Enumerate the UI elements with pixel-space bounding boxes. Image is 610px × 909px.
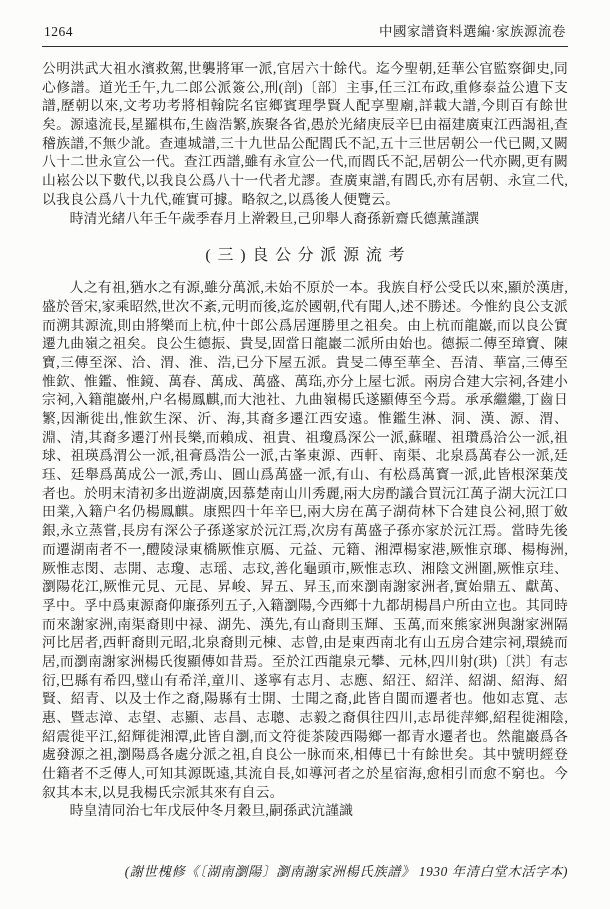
header-rule (42, 46, 568, 47)
page-body: 公明洪武大祖水濱救駕,世襲將軍一派,官居六十餘代。迄今聖朝,廷華公官監察御史,同… (42, 60, 568, 880)
section1-paragraph: 公明洪武大祖水濱救駕,世襲將軍一派,官居六十餘代。迄今聖朝,廷華公官監察御史,同… (42, 60, 568, 210)
book-page: 1264 中國家譜資料選編·家族源流卷 公明洪武大祖水濱救駕,世襲將軍一派,官居… (0, 0, 610, 909)
page-number: 1264 (44, 24, 73, 40)
section-heading: (三)良公分派源流考 (42, 242, 568, 265)
book-title: 中國家譜資料選編·家族源流卷 (379, 20, 566, 40)
section2-signature: 時皇清同治七年戊辰仲冬月穀旦,嗣孫武沆謹識 (42, 802, 568, 821)
section1-signature: 時清光緒八年壬午歲季春月上澣穀旦,己卯舉人裔孫新齋氏德薰謹譔 (42, 210, 568, 229)
source-citation: (謝世槐修《〔湖南瀏陽〕瀏南謝家洲楊氏族譜》 1930 年清白堂木活字本) (42, 861, 568, 880)
section2-paragraph: 人之有祖,猶水之有源,雖分萬派,未始不原於一本。我族自杼公受氏以來,顯於漢唐,盛… (42, 279, 568, 802)
citation-footer: (謝世槐修《〔湖南瀏陽〕瀏南謝家洲楊氏族譜》 1930 年清白堂木活字本) (42, 861, 568, 880)
page-header: 1264 中國家譜資料選編·家族源流卷 (42, 18, 568, 46)
